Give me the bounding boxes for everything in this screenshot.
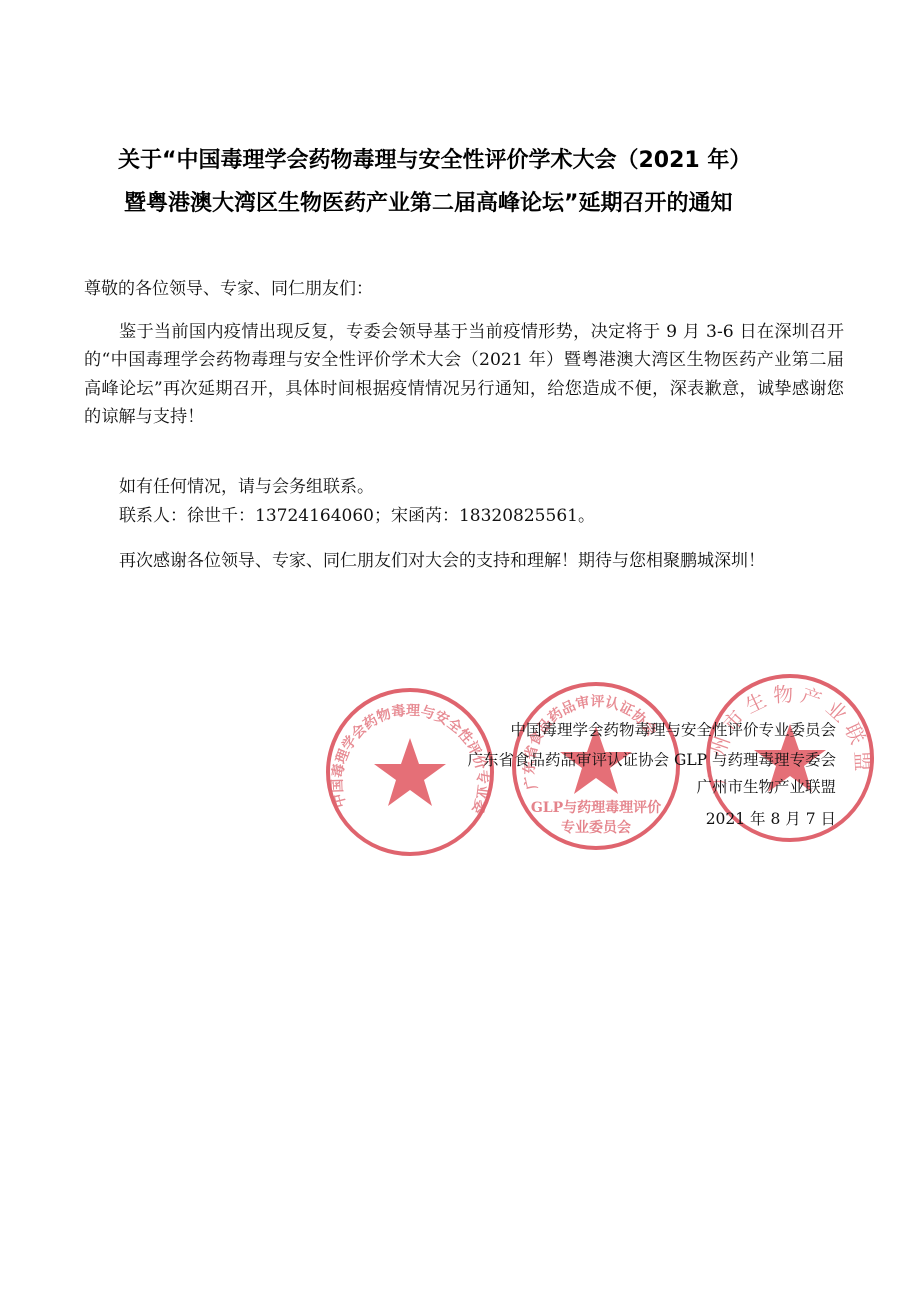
- document-title-line-2: 暨粤港澳大湾区生物医药产业第二届高峰论坛”延期召开的通知: [124, 186, 919, 217]
- closing-line: 再次感谢各位领导、专家、同仁朋友们对大会的支持和理解！期待与您相聚鹏城深圳！: [119, 546, 765, 571]
- document-page: 关于“中国毒理学会药物毒理与安全性评价学术大会（2021 年） 暨粤港澳大湾区生…: [0, 0, 919, 1310]
- greeting: 尊敬的各位领导、专家、同仁朋友们：: [84, 274, 373, 299]
- svg-text:GLP与药理毒理评价: GLP与药理毒理评价: [531, 799, 661, 816]
- notice-paragraph: 鉴于当前国内疫情出现反复，专委会领导基于当前疫情形势，决定将于 9 月 3-6 …: [84, 318, 844, 431]
- contact-intro: 如有任何情况，请与会务组联系。: [119, 472, 374, 497]
- document-title-line-1: 关于“中国毒理学会药物毒理与安全性评价学术大会（2021 年）: [118, 143, 919, 174]
- svg-text:专业委员会: 专业委员会: [561, 819, 631, 836]
- seal-stamp-1: 中国毒理学会药物毒理与安全性评价专业委员会: [324, 686, 496, 858]
- signature-org-1: 中国毒理学会药物毒理与安全性评价专业委员会: [510, 718, 836, 740]
- contact-line: 联系人：徐世千：13724164060；宋函芮：18320825561。: [119, 501, 595, 526]
- signature-date: 2021 年 8 月 7 日: [706, 807, 836, 829]
- signature-org-2: 广东省食品药品审评认证协会 GLP 与药理毒理专委会: [468, 748, 836, 770]
- signature-org-3: 广州市生物产业联盟: [696, 775, 836, 797]
